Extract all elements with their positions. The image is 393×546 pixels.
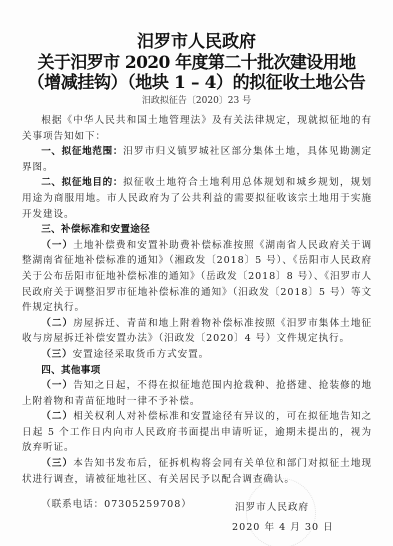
document-number: 汨政拟征告〔2020〕23 号 [0, 93, 393, 106]
item-text: 安置途径采取货币方式安置。 [73, 349, 209, 360]
intro-paragraph: 根据《中华人民共和国土地管理法》及有关法律规定，现就拟征地的有关事项告知如下： [22, 113, 372, 144]
item-text: 房屋拆迁、青苗和地上附着物补偿标准按照《汨罗市集体土地征收与房屋拆迁补偿安置办法… [22, 318, 372, 345]
section-other-heading: 四、其他事项 [22, 363, 372, 379]
item-text: 告知之日起，不得在拟征地范围内抢栽种、抢搭建、抢装修的地上附着物和青苗征地时一律… [22, 380, 372, 407]
item-label: （二） [41, 411, 73, 422]
item-label: （二） [41, 318, 73, 329]
compensation-item: （二）房屋拆迁、青苗和地上附着物补偿标准按照《汨罗市集体土地征收与房屋拆迁补偿安… [22, 316, 372, 347]
section-compensation-heading: 三、补偿标准和安置途径 [22, 222, 372, 238]
document-body: 根据《中华人民共和国土地管理法》及有关法律规定，现就拟征地的有关事项告知如下： … [22, 113, 372, 513]
item-label: （三） [41, 458, 73, 469]
section-purpose: 二、拟征地目的：拟征收土地符合土地利用总体规划和城乡规划，规划用途为商服用地。市… [22, 175, 372, 222]
item-text: 本告知书发布后，征拆机构将会同有关单位和部门对拟征土地现状进行调查，请被征地社区… [22, 458, 372, 485]
compensation-item: （三）安置途径采取货币方式安置。 [22, 347, 372, 363]
signature-block: 汨罗市人民政府 2020 年 4 月 30 日 [232, 498, 334, 538]
item-text: 土地补偿费和安置补助费补偿标准按照《湖南省人民政府关于调整湖南省征地补偿标准的通… [22, 240, 372, 313]
item-text: 相关权利人对补偿标准和安置途径有异议的，可在拟征地告知之日起 5 个工作日内向市… [22, 411, 372, 453]
item-label: （一） [41, 240, 73, 251]
other-item: （二）相关权利人对补偿标准和安置途径有异议的，可在拟征地告知之日起 5 个工作日… [22, 409, 372, 456]
spacer [22, 487, 372, 497]
other-item: （三）本告知书发布后，征拆机构将会同有关单位和部门对拟征土地现状进行调查，请被征… [22, 456, 372, 487]
signature-date: 2020 年 4 月 30 日 [232, 518, 334, 538]
section-heading: 二、拟征地目的： [41, 177, 123, 188]
section-scope: 一、拟征地范围：汨罗市归义镇罗城社区部分集体土地，具体见勘测定界图。 [22, 144, 372, 175]
other-item: （一）告知之日起，不得在拟征地范围内抢栽种、抢搭建、抢装修的地上附着物和青苗征地… [22, 378, 372, 409]
section-heading: 一、拟征地范围： [41, 146, 123, 157]
compensation-item: （一）土地补偿费和安置补助费补偿标准按照《湖南省人民政府关于调整湖南省征地补偿标… [22, 238, 372, 316]
signature-organization: 汨罗市人民政府 [232, 498, 334, 518]
item-label: （三） [41, 349, 72, 360]
item-label: （一） [41, 380, 73, 391]
title-sub: （增减挂钩）（地块 1 – 4）的拟征收土地公告 [0, 68, 393, 93]
document-page: 汨罗市人民政府 关于汨罗市 2020 年度第二十批次建设用地 （增减挂钩）（地块… [0, 0, 393, 546]
